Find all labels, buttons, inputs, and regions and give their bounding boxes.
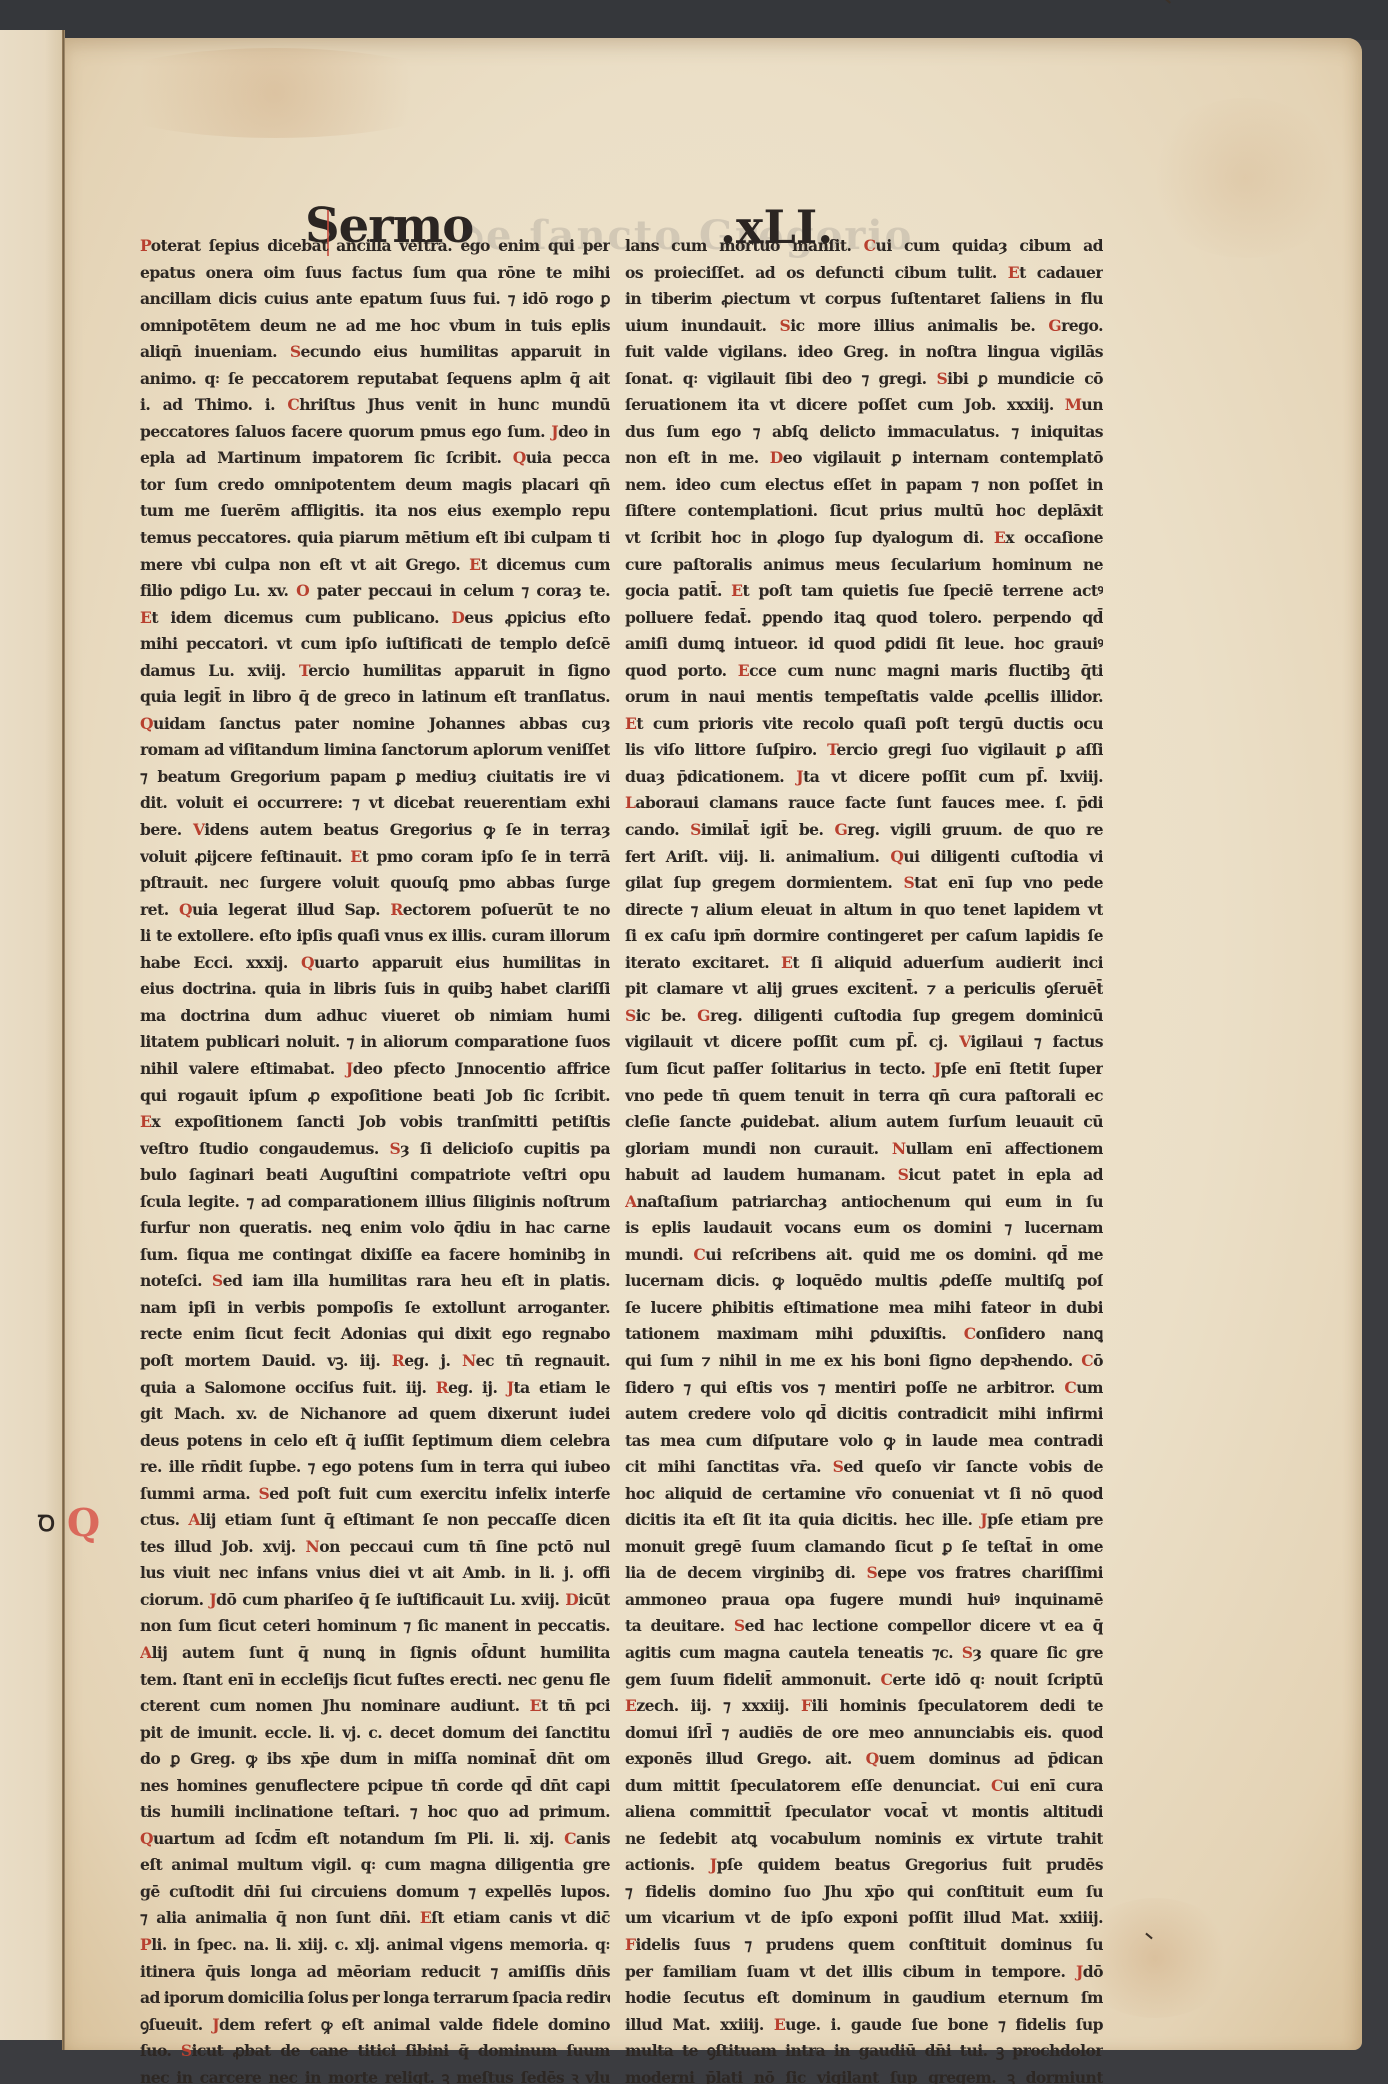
text-line: qui rogauit ipſum ꝓ expoſitione beati Jo… [140, 1083, 610, 1110]
text-line: omnipotētem deum ne ad me hoc vbum in tu… [140, 313, 610, 340]
text-line: eius doctrina. quia in libris ſuis in qu… [140, 976, 610, 1003]
text-line: Anaſtaſium patriarchaȝ antiochenum qui e… [625, 1189, 1103, 1216]
text-line: Quartum ad ſcd̄m eſt notandum ſm Pli. li… [140, 1826, 610, 1853]
text-line: gilat ſup gregem dormientem. Stat enī ſu… [625, 870, 1103, 897]
text-line: furfur non queratis. neꝗ enim volo q̄diu… [140, 1215, 610, 1242]
text-line: poſt mortem Dauid. vꝫ. iij. Reg. j. Nec … [140, 1348, 610, 1375]
text-line: per familiam ſuam vt det illis cibum in … [625, 1959, 1103, 1986]
text-line: i. ad Thimo. i. Chriſtus Jhus venit in h… [140, 392, 610, 419]
rubricated-capital: J [212, 2015, 219, 2034]
text-line: re. ille rn̄dit ſupbe. ⁊ ego potens ſum … [140, 1454, 610, 1481]
rubricated-capital: C [864, 236, 876, 255]
text-line: ſcula legite. ⁊ ad comparationem illius … [140, 1189, 610, 1216]
rubricated-capital: C [564, 1829, 576, 1848]
rubricated-capital: T [827, 740, 836, 759]
text-line: tes illud Job. xvij. Non peccaui cum tn̄… [140, 1534, 610, 1561]
text-line: cit mihi ſanctitas vr̄a. Sed queſo vir ſ… [625, 1454, 1103, 1481]
rubricated-capital: S [833, 1457, 844, 1476]
text-line: amiſi dumꝗ intueor. id quod ꝑdidi ſit le… [625, 631, 1103, 658]
text-line: domui iſrl̄ ⁊ audiēs de ore meo annuncia… [625, 1720, 1103, 1747]
text-line: vt ſcribit hoc in ꝓlogo ſup dyalogum di.… [625, 525, 1103, 552]
text-line: temus peccatores. quia piarum mētium eſt… [140, 525, 610, 552]
text-line: lis viſo littore ſuſpiro. Tercio gregi ſ… [625, 737, 1103, 764]
rubricated-capital: C [991, 1776, 1003, 1795]
rubricated-capital: F [801, 1696, 812, 1715]
text-line: uium inundauit. Sic more illius animalis… [625, 313, 1103, 340]
text-line: ne ſedebit atꝗ vocabulum nominis ex virt… [625, 1826, 1103, 1853]
text-line: tor ſum credo omnipotentem deum magis pl… [140, 472, 610, 499]
text-line: ſum. ſiqua me contingat dixiſſe ea facer… [140, 1242, 610, 1269]
text-line: bulo ſaginari beati Auguſtini compatriot… [140, 1162, 610, 1189]
text-line: duaȝ p̄dicationem. Jta vt dicere poſſit … [625, 764, 1103, 791]
text-line: illud Mat. xxiiij. Euge. i. gaude ſue bo… [625, 2012, 1103, 2039]
text-line: dit. voluit ei occurrere: ⁊ vt dicebat r… [140, 790, 610, 817]
rubricated-capital: C [964, 1324, 976, 1343]
text-line: animo. q꞉ ſe peccatorem reputabat ſequen… [140, 366, 610, 393]
rubricated-capital: Q [866, 1749, 879, 1768]
text-line: peccatores ſaluos facere quorum pmus ego… [140, 419, 610, 446]
text-line: tem. ſtant enī in eccleſijs ſicut fuſtes… [140, 1667, 610, 1694]
text-column-right: lans cum mortuo manſit. Cui cum quidaȝ c… [625, 233, 1103, 2084]
text-line: habe Ecci. xxxij. Quarto apparuit eius h… [140, 950, 610, 977]
text-line: cando. Similat̄ igit̄ be. Greg. vigili g… [625, 817, 1103, 844]
text-line: damus Lu. xviij. Tercio humilitas apparu… [140, 658, 610, 685]
text-line: Poterat ſepius dicebat ancilla veſtra. e… [140, 233, 610, 260]
text-line: nes homines genuflectere pcipue tn̄ cord… [140, 1773, 610, 1800]
rubricated-capital: D [451, 608, 464, 627]
text-line: ⁊ alia animalia q̄ non ſunt dn̄i. Eſt et… [140, 1905, 610, 1932]
text-line: ꝯſueuit. Jdem refert ꝙ eſt animal valde … [140, 2012, 610, 2039]
rubricated-capital: E [774, 2015, 785, 2034]
text-line: fert Ariſt. viij. li. animalium. Qui dil… [625, 844, 1103, 871]
text-line: autem credere volo qd̄ dicitis contradic… [625, 1401, 1103, 1428]
text-line: exponēs illud Grego. ait. Quem dominus a… [625, 1746, 1103, 1773]
text-line: vigilauit vt dicere poſſit cum pſ̄. cj. … [625, 1029, 1103, 1056]
text-line: ſi ex caſu ipm̄ dormire contingeret per … [625, 923, 1103, 950]
rubricated-capital: R [436, 1378, 448, 1397]
text-line: directe ⁊ alium eleuat in altum in quo t… [625, 897, 1103, 924]
rubricated-capital: S [936, 369, 947, 388]
text-line: tum me ſuerēm affligitis. ita nos eius e… [140, 498, 610, 525]
text-line: git Mach. xv. de Nichanore ad quem dixer… [140, 1401, 610, 1428]
text-line: mihi peccatori. vt cum ipſo iuſtificati … [140, 631, 610, 658]
rubricated-capital: J [980, 1510, 987, 1529]
text-line: iterato excitaret. Et ſi aliquid aduerſu… [625, 950, 1103, 977]
rubricated-capital: J [551, 422, 558, 441]
text-line: lans cum mortuo manſit. Cui cum quidaȝ c… [625, 233, 1103, 260]
rubricated-capital: J [209, 1590, 216, 1609]
rubricated-capital: J [1076, 1962, 1083, 1981]
text-line: orum in naui mentis tempeſtatis valde ꝓc… [625, 684, 1103, 711]
rubricated-capital: R [392, 1351, 404, 1370]
text-line: ſe lucere ꝑhibitis eſtimatione mea mihi … [625, 1295, 1103, 1322]
text-line: ammoneo praua opa fugere mundi huiꝰ inqu… [625, 1587, 1103, 1614]
rubricated-capital: P [140, 1935, 151, 1954]
text-line: moderni p̄lati nō ſic vigilant ſup grege… [625, 2065, 1103, 2084]
rubricated-capital: Q [890, 847, 903, 866]
rubricated-capital: J [934, 1059, 941, 1078]
marginal-hand-mark: Ꝺ [38, 1508, 55, 1538]
text-line: dus ſum ego ⁊ abſꝗ delicto immaculatus. … [625, 419, 1103, 446]
rubricated-capital: E [781, 953, 792, 972]
rubricated-capital: D [565, 1590, 578, 1609]
text-line: non ſum ſicut ceteri hominum ⁊ ſic manen… [140, 1613, 610, 1640]
text-line: recte enim ſicut fecit Adonias qui dixit… [140, 1321, 610, 1348]
rubricated-capital: Q [179, 900, 192, 919]
rubricated-capital: E [625, 714, 636, 733]
text-line: qui ſum ⁊ nihil in me ex his boni ſigno … [625, 1348, 1103, 1375]
text-line: itinera q̄uis longa ad mēoriam reducit ⁊… [140, 1959, 610, 1986]
text-line: tationem maximam mihi ꝑduxiſtis. Conſide… [625, 1321, 1103, 1348]
rubricated-capital: E [469, 555, 480, 574]
text-line: Pli. in ſpec. na. li. xiij. c. xlj. anim… [140, 1932, 610, 1959]
text-line: aliena committit̄ ſpeculator vocat̄ vt m… [625, 1799, 1103, 1826]
text-line: ſiſtere contemplationi. ſicut prius mult… [625, 498, 1103, 525]
rubricated-capital: C [287, 395, 299, 414]
rubricated-capital: S [898, 1165, 909, 1184]
text-line: Quidam ſanctus pater nomine Johannes abb… [140, 711, 610, 738]
text-line: nem. ideo cum electus eſſet in papam ⁊ n… [625, 472, 1103, 499]
text-line: aliqn̄ inueniam. Secundo eius humilitas … [140, 339, 610, 366]
rubricated-capital: J [346, 1059, 353, 1078]
text-column-left: Poterat ſepius dicebat ancilla veſtra. e… [140, 233, 610, 2084]
rubricated-capital: E [625, 1696, 636, 1715]
rubricated-capital: E [140, 1112, 151, 1131]
rubricated-capital: S [390, 1139, 401, 1158]
rubricated-capital: M [1065, 395, 1082, 414]
text-line: vno pede tn̄ quem tenuit in terra qn̄ cu… [625, 1083, 1103, 1110]
text-line: voluit ꝓijcere feſtinauit. Et pmo coram … [140, 844, 610, 871]
stain-top [85, 48, 465, 138]
text-line: lia de decem virginibꝫ di. Sepe vos frat… [625, 1560, 1103, 1587]
rubricated-capital: C [880, 1670, 892, 1689]
text-line: ⁊ fidelis domino ſuo Jhu xp̄o qui conſti… [625, 1879, 1103, 1906]
text-line: nam ipſi in verbis pompoſis ſe extollunt… [140, 1295, 610, 1322]
rubricated-capital: L [625, 793, 635, 812]
rubricated-capital: V [959, 1032, 970, 1051]
text-line: cure paſtoralis animus meus ſecularium h… [625, 552, 1103, 579]
text-line: is eplis laudauit vocans eum os domini ⁊… [625, 1215, 1103, 1242]
rubricated-capital: O [296, 581, 309, 600]
text-line: Ezech. iij. ⁊ xxxiij. Fili hominis ſpecu… [625, 1693, 1103, 1720]
text-line: mundi. Cui reſcribens ait. quid me os do… [625, 1242, 1103, 1269]
text-line: epatus onera oim ſuus factus ſum qua rōn… [140, 260, 610, 287]
text-line: hodie ſecutus eſt dominum in gaudium ete… [625, 1985, 1103, 2012]
book-page: Sermo ꝺe ſancto Gregorio .xLI. Poterat ſ… [65, 38, 1362, 2050]
text-line: Sic be. Greg. diligenti cuſtodia ſup gre… [625, 1003, 1103, 1030]
rubricated-capital: F [625, 1935, 636, 1954]
rubricated-capital: C [693, 1245, 705, 1264]
text-line: multa te ꝯſtituam intra in gaudiū dn̄i t… [625, 2038, 1103, 2065]
text-line: eſt animal multum vigil. q꞉ cum magna di… [140, 1852, 610, 1879]
rubricated-capital: P [140, 236, 151, 255]
rubricated-capital: E [350, 847, 361, 866]
text-line: Et idem dicemus cum publicano. Deus ꝓpic… [140, 605, 610, 632]
rubricated-capital: J [796, 767, 803, 786]
text-line: Fidelis ſuus ⁊ prudens quem conſtituit d… [625, 1932, 1103, 1959]
text-line: mere vbi culpa non eſt vt ait Grego. Et … [140, 552, 610, 579]
text-line: tas mea cum diſputare volo ꝙ in laude me… [625, 1428, 1103, 1455]
text-line: Et cum prioris vite recolo quaſi poſt te… [625, 711, 1103, 738]
text-line: fuit valde vigilans. ideo Greg. in noſtr… [625, 339, 1103, 366]
rubricated-capital: S [212, 1271, 223, 1290]
text-line: ret. Quia legerat illud Sap. Rectorem po… [140, 897, 610, 924]
text-line: quod porto. Ecce cum nunc magni maris fl… [625, 658, 1103, 685]
rubricated-capital: N [462, 1351, 476, 1370]
rubricated-capital: A [188, 1510, 200, 1529]
text-line: ad iporum domicilia ſolus per longa terr… [140, 1985, 610, 2012]
text-line: Alij autem ſunt q̄ nunꝗ in ſignis oſ̄dun… [140, 1640, 610, 1667]
rubricated-capital: Q [301, 953, 314, 972]
rubricated-capital: S [867, 1563, 878, 1582]
text-line: gem ſuum fidelit̄ ammonuit. Certe idō q꞉… [625, 1667, 1103, 1694]
rubricated-capital: S [690, 820, 701, 839]
text-line: epla ad Martinum impatorem ſic ſcribit. … [140, 445, 610, 472]
text-line: filio pdigo Lu. xv. O pater peccaui in c… [140, 578, 610, 605]
rubricated-capital: Q [513, 448, 526, 467]
rubricated-capital: J [507, 1378, 514, 1397]
rubricated-capital: C [1064, 1378, 1076, 1397]
text-line: tis humili inclinatione teſtari. ⁊ hoc q… [140, 1799, 610, 1826]
rubricated-capital: T [299, 661, 308, 680]
text-line: gloriam mundi non curauit. Nullam enī af… [625, 1136, 1103, 1163]
text-line: os proieciſſet. ad os defuncti cibum tul… [625, 260, 1103, 287]
text-line: monuit gregē ſuum clamando ſicut ꝑ ſe te… [625, 1534, 1103, 1561]
text-line: um vicarium vt de ipſo exponi poſſit ill… [625, 1905, 1103, 1932]
rubricated-capital: E [738, 661, 749, 680]
text-line: bere. Videns autem beatus Gregorius ꝙ ſe… [140, 817, 610, 844]
text-line: habuit ad laudem humanam. Sicut patet in… [625, 1162, 1103, 1189]
text-line: li te extollere. eſto ipſis quaſi vnus e… [140, 923, 610, 950]
rubricated-capital: Q [140, 714, 153, 733]
rubricated-capital: E [994, 528, 1005, 547]
text-line: ⁊ beatum Gregorium papam ꝑ mediuȝ ciuita… [140, 764, 610, 791]
rubricated-capital: A [140, 1643, 152, 1662]
rubricated-capital: S [258, 1484, 269, 1503]
text-line: cterent cum nomen Jhu nominare audiunt. … [140, 1693, 610, 1720]
text-line: pſtrauit. nec ſurgere voluit quouſꝗ pmo … [140, 870, 610, 897]
rubricated-capital: G [1048, 316, 1061, 335]
text-line: ciorum. Jdō cum phariſeo q̄ ſe iuſtifica… [140, 1587, 610, 1614]
text-line: nec in carcere nec in morte reliqt. ꝫ me… [140, 2065, 610, 2084]
text-line: quia a Salomone occiſus fuit. iij. Reg. … [140, 1375, 610, 1402]
text-line: dum mittit ſpeculatorem eſſe denunciat. … [625, 1773, 1103, 1800]
text-line: ſum ſicut paſſer ſolitarius in tecto. Jp… [625, 1056, 1103, 1083]
text-line: gē cuſtodit dn̄i ſui circuiens domum ⁊ e… [140, 1879, 610, 1906]
rubricated-capital: E [1008, 263, 1019, 282]
text-line: deus potens in celo eſt q̄ iuſſit ſeptim… [140, 1428, 610, 1455]
text-line: pit de imunit. eccle. li. vj. c. decet d… [140, 1720, 610, 1747]
text-line: non eſt in me. Deo vigilauit ꝑ internam … [625, 445, 1103, 472]
rubricated-capital: E [140, 608, 151, 627]
text-line: nihil valere eſtimabat. Jdeo pfecto Jnno… [140, 1056, 610, 1083]
text-line: in tiberim ꝓiectum vt corpus ſuſtentaret… [625, 286, 1103, 313]
text-line: noteſci. Sed iam illa humilitas rara heu… [140, 1268, 610, 1295]
rubricated-capital: S [903, 873, 914, 892]
rubricated-capital: A [625, 1192, 637, 1211]
text-line: dicitis ita eſt ſit ita quia dicitis. he… [625, 1507, 1103, 1534]
rubricated-capital: N [306, 1537, 320, 1556]
rubricated-capital: E [420, 1908, 431, 1927]
rubricated-capital: S [290, 342, 301, 361]
text-line: ancillam dicis cuius ante epatum ſuus fu… [140, 286, 610, 313]
rubricated-capital: E [731, 581, 742, 600]
rubricated-capital: N [892, 1139, 906, 1158]
text-line: ſonat. q꞉ vigilauit ſibi deo ⁊ gregi. Si… [625, 366, 1103, 393]
text-line: ta deuitare. Sed hac lectione compellor … [625, 1613, 1103, 1640]
text-line: Laboraui clamans rauce facte ſunt fauces… [625, 790, 1103, 817]
text-line: gocia patit̄. Et poſt tam quietis ſue ſp… [625, 578, 1103, 605]
rubricated-capital: V [193, 820, 204, 839]
rubricated-capital: S [734, 1616, 745, 1635]
facing-page-edge [0, 30, 64, 2040]
scan-background [0, 0, 1388, 40]
rubricated-capital: R [390, 900, 402, 919]
text-line: Ex expoſitionem ſancti Job vobis tranſmi… [140, 1109, 610, 1136]
rubricated-capital: S [625, 1006, 636, 1025]
text-line: hoc aliquid de certamine vr̄o conueniat … [625, 1481, 1103, 1508]
rubricated-capital: Q [140, 1829, 153, 1848]
text-line: ſuo. Sicut ꝓbat de cane titici ſibini q̄… [140, 2038, 610, 2065]
rubricated-initial: Q [67, 1503, 107, 1543]
text-line: ſummi arma. Sed poſt fuit cum exercitu i… [140, 1481, 610, 1508]
rubricated-capital: G [834, 820, 847, 839]
text-line: veſtro ſtudio congaudemus. Sȝ ſi delicio… [140, 1136, 610, 1163]
rubricated-capital: J [710, 1855, 717, 1874]
text-line: lucernam dicis. ꝙ loquēdo multis ꝓdeſſe … [625, 1268, 1103, 1295]
text-line: ctus. Alij etiam ſunt q̄ eſtimant ſe non… [140, 1507, 610, 1534]
text-line: lus viuit nec infans vnius diei vt ait A… [140, 1560, 610, 1587]
rubricated-capital: S [962, 1643, 973, 1662]
rubricated-capital: D [770, 448, 783, 467]
rubricated-capital: C [1081, 1351, 1093, 1370]
text-line: litatem publicari noluit. ⁊ in aliorum c… [140, 1029, 610, 1056]
rubricated-capital: S [181, 2041, 192, 2060]
text-line: quia legit̄ in libro q̄ de greco in lati… [140, 684, 610, 711]
text-line: do ꝑ Greg. ꝙ ibs xp̄e dum in miſſa nomin… [140, 1746, 610, 1773]
text-line: romam ad viſitandum limina ſanctorum apl… [140, 737, 610, 764]
rubricated-capital: S [780, 316, 791, 335]
rubricated-capital: G [697, 1006, 710, 1025]
text-line: pit clamare vt alij grues excitent̄. ⁊ a… [625, 976, 1103, 1003]
text-line: agitis cum magna cautela teneatis ⁊c. Sȝ… [625, 1640, 1103, 1667]
text-line: cleſie ſancte ꝓuidebat. alium autem ſurſ… [625, 1109, 1103, 1136]
text-line: actionis. Jpſe quidem beatus Gregorius f… [625, 1852, 1103, 1879]
text-line: ma doctrina dum adhuc viueret ob nimiam … [140, 1003, 610, 1030]
text-line: ſeruationem ita vt dicere poſſet cum Job… [625, 392, 1103, 419]
rubricated-capital: E [530, 1696, 541, 1715]
text-line: polluere fedat̄. ꝑpendo itaꝗ quod tolero… [625, 605, 1103, 632]
text-line: ſidero ⁊ qui eſtis vos ⁊ mentiri poſſe n… [625, 1375, 1103, 1402]
